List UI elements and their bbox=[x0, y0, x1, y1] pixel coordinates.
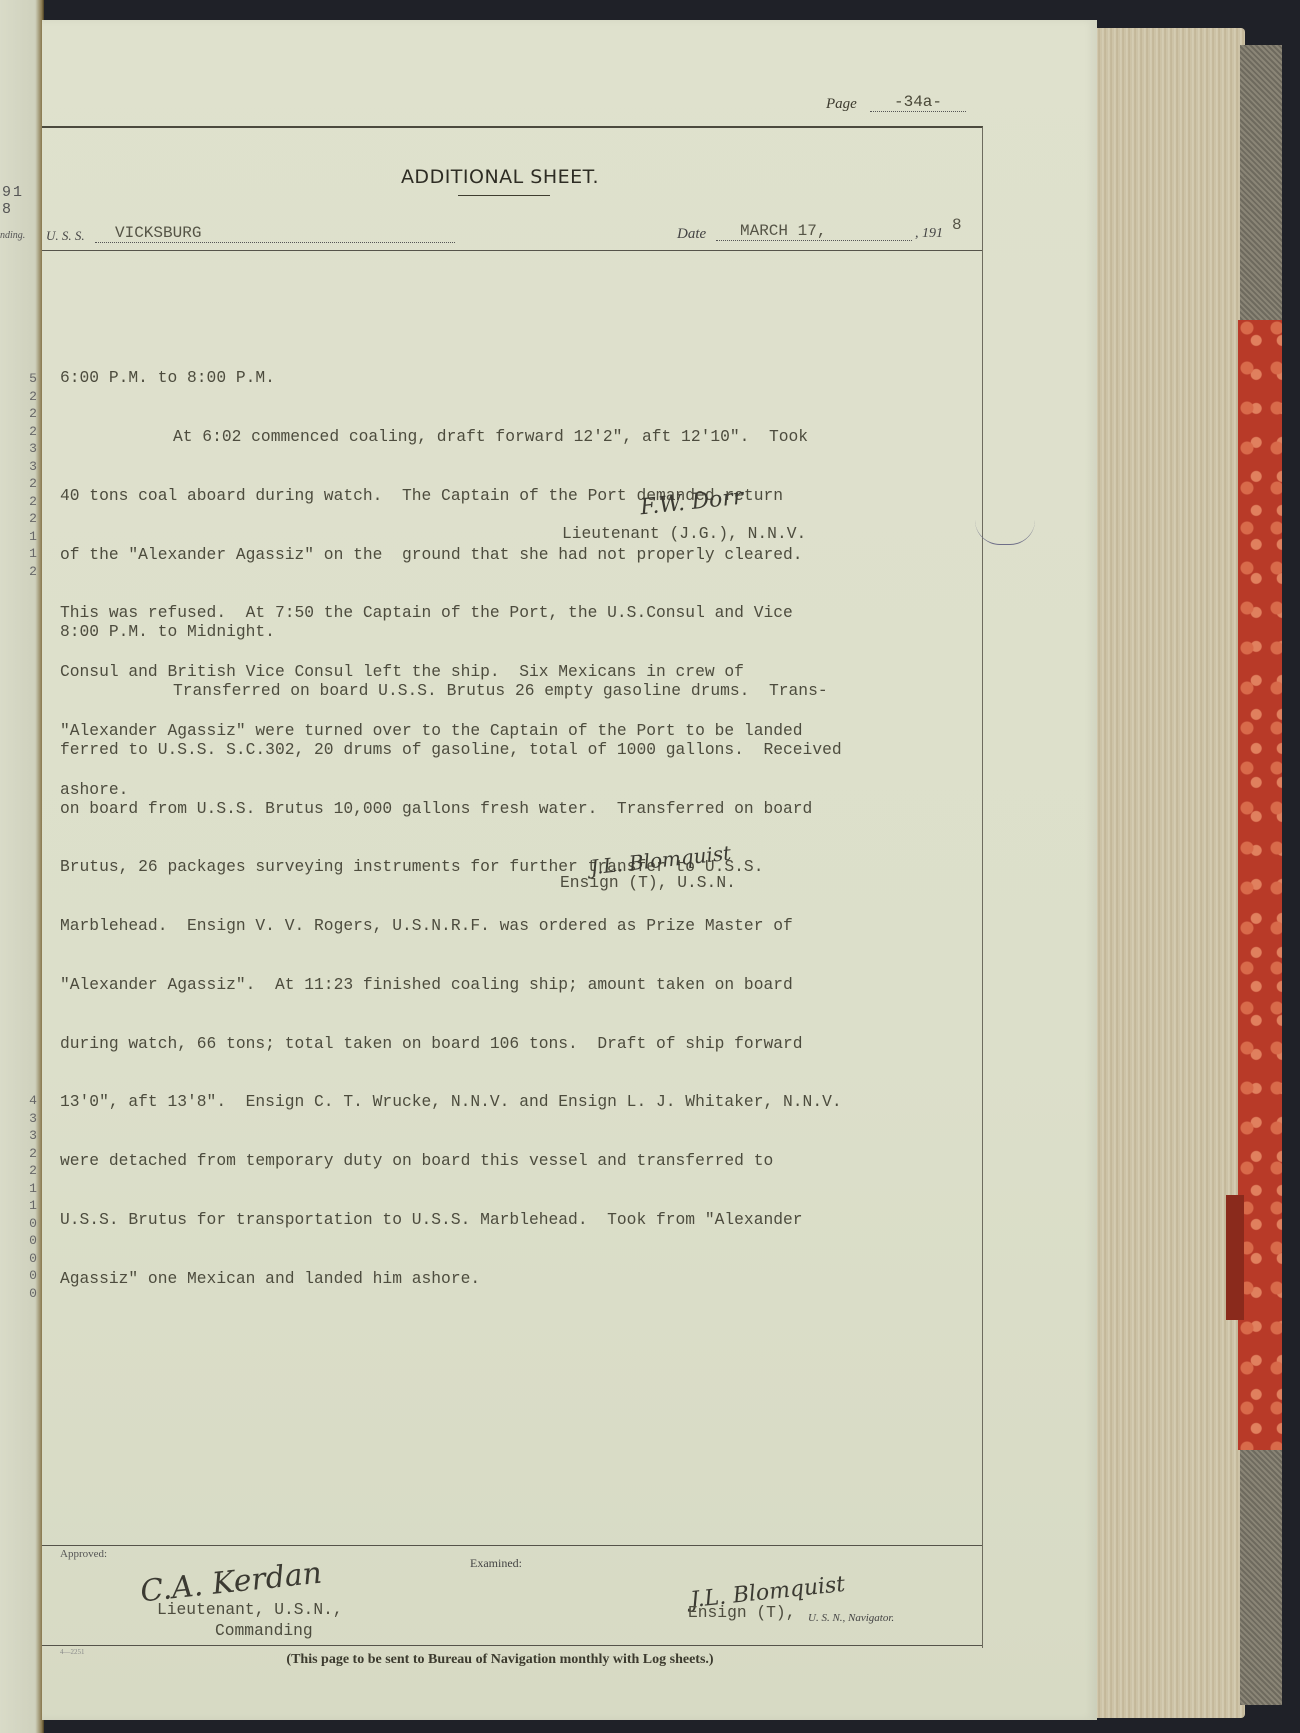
entry-line: during watch, 66 tons; total taken on bo… bbox=[60, 1034, 990, 1054]
watch-heading: 8:00 P.M. to Midnight. bbox=[60, 622, 990, 642]
amount-value: 0 bbox=[26, 1215, 40, 1233]
amount-value: 3 bbox=[26, 1110, 40, 1128]
approved-title-commanding: Commanding bbox=[215, 1621, 313, 1640]
amount-value: 2 bbox=[26, 475, 40, 493]
amount-value: 3 bbox=[26, 458, 40, 476]
examined-label: Examined: bbox=[470, 1556, 522, 1571]
amount-value: 2 bbox=[26, 388, 40, 406]
amount-value: 2 bbox=[26, 510, 40, 528]
entry-line: 13'0", aft 13'8". Ensign C. T. Wrucke, N… bbox=[60, 1092, 990, 1112]
page-title: ADDITIONAL SHEET. bbox=[0, 166, 1000, 188]
entry-line: ferred to U.S.S. S.C.302, 20 drums of ga… bbox=[60, 740, 990, 760]
ship-name: VICKSBURG bbox=[95, 224, 455, 243]
footnote: (This page to be sent to Bureau of Navig… bbox=[0, 1652, 1000, 1668]
entry-line: Marblehead. Ensign V. V. Rogers, U.S.N.R… bbox=[60, 916, 990, 936]
entry-line: were detached from temporary duty on boa… bbox=[60, 1151, 990, 1171]
navigator-label: U. S. N., Navigator. bbox=[808, 1612, 894, 1624]
entry-line: 40 tons coal aboard during watch. The Ca… bbox=[60, 486, 990, 506]
signatory-title: Ensign (T), U.S.N. bbox=[560, 873, 736, 892]
left-page-year: 91 8 bbox=[2, 184, 44, 218]
examined-title: Ensign (T), bbox=[688, 1603, 795, 1622]
amount-value: 1 bbox=[26, 545, 40, 563]
entry-line: on board from U.S.S. Brutus 10,000 gallo… bbox=[60, 799, 990, 819]
amount-value: 3 bbox=[26, 440, 40, 458]
watch-heading: 6:00 P.M. to 8:00 P.M. bbox=[60, 368, 990, 388]
page-label: Page bbox=[826, 96, 857, 113]
date-label: Date bbox=[677, 226, 706, 243]
year-suffix: 8 bbox=[952, 216, 962, 234]
amount-value: 5 bbox=[26, 370, 40, 388]
header-divider bbox=[42, 250, 982, 251]
amount-value: 0 bbox=[26, 1285, 40, 1303]
book-page-edges bbox=[1095, 28, 1245, 1718]
amount-value: 4 bbox=[26, 1092, 40, 1110]
entry-line: "Alexander Agassiz". At 11:23 finished c… bbox=[60, 975, 990, 995]
amount-value: 1 bbox=[26, 528, 40, 546]
book-cover-marbled bbox=[1238, 320, 1282, 1450]
left-page-fragment: 91 8 nding. 5 2 2 2 3 3 2 2 2 1 1 2 4 3 … bbox=[0, 0, 44, 1733]
footer-box-border bbox=[42, 1645, 982, 1646]
ship-label: U. S. S. bbox=[46, 228, 85, 244]
title-underline bbox=[458, 195, 550, 196]
entry-line: U.S.S. Brutus for transportation to U.S.… bbox=[60, 1210, 990, 1230]
page-number: -34a- bbox=[870, 93, 966, 112]
approved-title: Lieutenant, U.S.N., bbox=[157, 1600, 343, 1619]
amount-value: 2 bbox=[26, 563, 40, 581]
amount-value: 0 bbox=[26, 1267, 40, 1285]
amount-value: 3 bbox=[26, 1127, 40, 1145]
left-page-amounts-bottom: 4 3 3 2 2 1 1 0 0 0 0 0 bbox=[26, 1092, 40, 1302]
entry-line: Brutus, 26 packages surveying instrument… bbox=[60, 857, 990, 877]
torn-tab bbox=[1226, 1195, 1244, 1245]
entry-line: Agassiz" one Mexican and landed him asho… bbox=[60, 1269, 990, 1289]
amount-value: 1 bbox=[26, 1197, 40, 1215]
log-entry-first-watch: 8:00 P.M. to Midnight. Transferred on bo… bbox=[60, 583, 990, 1308]
signatory-title: Lieutenant (J.G.), N.N.V. bbox=[562, 524, 806, 543]
entry-line: of the "Alexander Agassiz" on the ground… bbox=[60, 545, 990, 565]
amount-value: 2 bbox=[26, 1162, 40, 1180]
footer-divider bbox=[42, 1545, 982, 1546]
approved-label: Approved: bbox=[60, 1548, 107, 1560]
amount-value: 0 bbox=[26, 1250, 40, 1268]
year-prefix: , 191 bbox=[915, 226, 943, 242]
amount-value: 1 bbox=[26, 1180, 40, 1198]
entry-line: At 6:02 commenced coaling, draft forward… bbox=[60, 427, 990, 447]
amount-value: 0 bbox=[26, 1232, 40, 1250]
amount-value: 2 bbox=[26, 493, 40, 511]
amount-value: 2 bbox=[26, 405, 40, 423]
left-page-amounts-top: 5 2 2 2 3 3 2 2 2 1 1 2 bbox=[26, 370, 40, 580]
entry-line: Transferred on board U.S.S. Brutus 26 em… bbox=[60, 681, 990, 701]
amount-value: 2 bbox=[26, 1145, 40, 1163]
torn-tab bbox=[1226, 1240, 1244, 1320]
amount-value: 2 bbox=[26, 423, 40, 441]
date-value: MARCH 17, bbox=[716, 222, 912, 241]
left-page-ending-label: nding. bbox=[0, 230, 25, 241]
